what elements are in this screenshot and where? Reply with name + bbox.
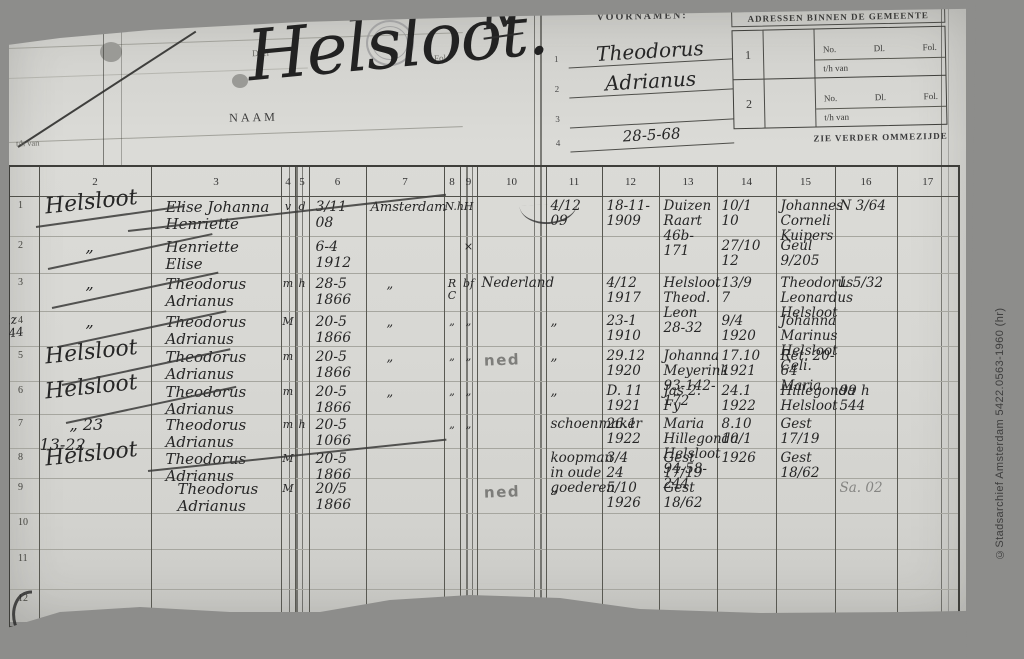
cell: 20-5 1066 — [309, 415, 366, 449]
cell: 28-5 1866 — [309, 274, 366, 312]
col-header: 12 — [602, 166, 659, 197]
cell — [477, 514, 546, 550]
cell: Duizen Raart 46b-171 — [659, 197, 717, 237]
cell — [295, 382, 309, 415]
table-row: 4 „ Theodorus Adrianus M 20-5 1866 „ „ „… — [9, 312, 959, 347]
cell: „ — [366, 382, 444, 415]
cell — [295, 347, 309, 382]
cell — [897, 449, 959, 479]
cell — [444, 514, 460, 550]
voornamen-line: 1 Theodorus — [554, 37, 732, 66]
table-row: 9 Theodorus Adrianus M 20/5 1866 ned „ 5… — [9, 479, 959, 514]
cell: 7 — [9, 415, 39, 449]
given-name: Theodorus — [567, 34, 732, 68]
col-header: 13 — [659, 166, 717, 197]
cell — [897, 197, 959, 237]
cell — [281, 237, 295, 274]
cell: schoenmaker — [546, 415, 602, 449]
given-name: Adrianus — [568, 64, 733, 98]
cell: h — [295, 274, 309, 312]
cell — [835, 550, 897, 590]
table-row: 8 Helsloot Theodorus Adrianus M 20-5 186… — [9, 449, 959, 479]
cell — [477, 415, 546, 449]
register-table: 2 3 4 5 6 7 8 9 10 11 12 13 14 15 16 17 — [8, 165, 960, 628]
cell: Nederland — [477, 274, 546, 312]
cell: 29.12 1920 — [602, 347, 659, 382]
scanner-shadow-left — [0, 0, 9, 659]
cell: 20-5 1866 — [309, 382, 366, 415]
scanned-register-card: Deel Fol. t/h van NAAM Helsloot. IV VOOR… — [0, 0, 1024, 659]
cell: N 3/64 — [835, 197, 897, 237]
row-number: 1 — [732, 31, 764, 80]
col-header: 8 — [444, 166, 460, 197]
cell: Hillegonda Helsloot — [776, 382, 835, 415]
cell: 23-1 1910 — [602, 312, 659, 347]
cell: „ — [546, 347, 602, 382]
cell — [477, 449, 546, 479]
cell — [835, 449, 897, 479]
cell — [897, 347, 959, 382]
cell: „ — [546, 312, 602, 347]
th-van-label: t/h van — [816, 106, 946, 127]
cell — [602, 550, 659, 590]
column-header-row: 2 3 4 5 6 7 8 9 10 11 12 13 14 15 16 17 — [9, 166, 959, 197]
cell — [776, 514, 835, 550]
col-header: 17 — [897, 166, 959, 197]
cell — [295, 312, 309, 347]
ned-stamp: ned — [483, 482, 520, 501]
cell: 3 — [9, 274, 39, 312]
col-header: 5 — [295, 166, 309, 197]
cell: 5 — [9, 347, 39, 382]
cell: M — [281, 312, 295, 347]
cell: „ — [546, 382, 602, 415]
col-header: 15 — [776, 166, 835, 197]
voornamen-line: 4 28-5-68 — [555, 121, 733, 150]
col-header: 14 — [717, 166, 776, 197]
adressen-box: ADRESSEN BINNEN DE GEMEENTE 1 No. Dl. Fo… — [731, 7, 948, 145]
cell — [295, 514, 309, 550]
cell — [897, 514, 959, 550]
cell: 5/10 1926 — [602, 479, 659, 514]
cell: ned — [477, 479, 546, 514]
cell: „ — [460, 347, 477, 382]
cell — [309, 514, 366, 550]
table-row: 11 — [9, 550, 959, 590]
cell: 20-5 1866 — [309, 347, 366, 382]
cell — [717, 514, 776, 550]
cell — [39, 550, 151, 590]
cell — [602, 237, 659, 274]
date-note: 28-5-68 — [569, 118, 734, 152]
naam-label: NAAM — [229, 110, 278, 126]
cell: R C — [444, 274, 460, 312]
ned-stamp: ned — [483, 350, 520, 369]
col-header: 10 — [477, 166, 546, 197]
cell: D. 11 1921 — [602, 382, 659, 415]
cell — [546, 237, 602, 274]
dl-label: Dl. — [874, 43, 885, 53]
cell: 9/4 1920 — [717, 312, 776, 347]
cell: Theodorus Adrianus — [151, 415, 281, 449]
cell: Gest 17/19 — [776, 415, 835, 449]
line-number: 1 — [554, 54, 568, 66]
cell: ned — [477, 347, 546, 382]
cell: 17.10 1921 — [717, 347, 776, 382]
cell — [897, 479, 959, 514]
cell: 8 — [9, 449, 39, 479]
cell — [546, 514, 602, 550]
cell: „ — [366, 347, 444, 382]
cell: Helsloot Theod. Leon 28-32 — [659, 274, 717, 312]
cell: Gest 18/62 — [659, 479, 717, 514]
cell — [477, 550, 546, 590]
cell: Gest 18/62 — [776, 449, 835, 479]
cell — [897, 415, 959, 449]
cell: 24.1 1922 — [717, 382, 776, 415]
cell: „ — [444, 382, 460, 415]
ditto-mark: „ — [40, 274, 94, 293]
cell: Theodorus Leonardus Helsloot — [776, 274, 835, 312]
cell: Maria Hillegonda Helsloot 94-58-244 — [659, 415, 717, 449]
cell: 8.10 10/1 — [717, 415, 776, 449]
cell — [39, 479, 151, 514]
col-header — [9, 166, 39, 197]
cell — [309, 550, 366, 590]
cell — [444, 449, 460, 479]
cell — [546, 550, 602, 590]
archive-watermark: ©Stadsarchief Amsterdam 5422.0563-1960 (… — [994, 140, 1006, 560]
cell: „ — [460, 312, 477, 347]
cell: Sa. 02 — [835, 479, 897, 514]
cell: 10/1 10 — [717, 197, 776, 237]
cell: M — [281, 449, 295, 479]
cell — [366, 479, 444, 514]
cell — [460, 550, 477, 590]
cell — [835, 312, 897, 347]
line-number: 4 — [556, 138, 570, 150]
cell: „ — [444, 415, 460, 449]
cell: m — [281, 347, 295, 382]
cell — [835, 514, 897, 550]
th-van-label: t/h van — [815, 57, 945, 78]
cell: Johanna Meyerink 93-142-172 — [659, 347, 717, 382]
cell: Johannes Corneli Kuipers — [776, 197, 835, 237]
cell — [897, 382, 959, 415]
handwriting — [40, 479, 86, 498]
cell: 2 — [9, 237, 39, 274]
cell: 20-5 1866 — [309, 312, 366, 347]
cell — [366, 550, 444, 590]
cell: h — [295, 415, 309, 449]
col-header: 6 — [309, 166, 366, 197]
cell — [460, 449, 477, 479]
cell — [477, 312, 546, 347]
cell: bf — [460, 274, 477, 312]
cell — [39, 514, 151, 550]
cell: Johanna Marinus Helsloot Celi. — [776, 312, 835, 347]
empty-cell — [763, 30, 815, 79]
cell: 27/10 12 — [717, 237, 776, 274]
cell — [659, 514, 717, 550]
cell: „ — [460, 382, 477, 415]
empty-cell — [765, 78, 817, 127]
cell: Theodorus Adrianus — [151, 274, 281, 312]
col-header: 7 — [366, 166, 444, 197]
cell: 9 — [9, 479, 39, 514]
cell: „ — [460, 415, 477, 449]
address-fields: No. Dl. Fol. t/h van — [814, 27, 945, 78]
address-fields: No. Dl. Fol. t/h van — [816, 76, 947, 127]
cell — [460, 479, 477, 514]
cell: 11 — [9, 550, 39, 590]
dl-label: Dl. — [875, 92, 886, 102]
table-row: 7 „ 23 13-22 Theodorus Adrianus m h 20-5… — [9, 415, 959, 449]
cell: 1926 — [717, 449, 776, 479]
cell — [835, 347, 897, 382]
line-number: 2 — [555, 84, 569, 96]
cell: N.h — [444, 197, 460, 237]
cell — [897, 312, 959, 347]
cell — [295, 550, 309, 590]
cell — [444, 550, 460, 590]
cell — [281, 514, 295, 550]
cell — [366, 449, 444, 479]
cell — [444, 237, 460, 274]
cell: m — [281, 274, 295, 312]
cell: 3/11 08 — [309, 197, 366, 237]
col-header: 4 — [281, 166, 295, 197]
cell — [897, 274, 959, 312]
cell: M — [281, 479, 295, 514]
cell: Helsloot — [39, 449, 151, 479]
table-row: 10 — [9, 514, 959, 550]
cell: 99 h 544 — [835, 382, 897, 415]
cell: 10 — [9, 514, 39, 550]
cell: 6 — [9, 382, 39, 415]
col-header: 9 — [460, 166, 477, 197]
table-row: 3 „ Theodorus Adrianus m h 28-5 1866 „ R… — [9, 274, 959, 312]
cell: „ — [444, 347, 460, 382]
cell — [366, 514, 444, 550]
cell — [295, 479, 309, 514]
cell: 3/4 24 — [602, 449, 659, 479]
fol-label: Fol. — [922, 42, 936, 52]
cell: 4/12 1917 — [602, 274, 659, 312]
ditto-mark: „ — [40, 237, 94, 256]
cell — [897, 237, 959, 274]
cell — [460, 514, 477, 550]
table-row: 1 Helsloot Elise Johanna Henriette v d 3… — [9, 197, 959, 237]
fol-label: Fol. — [924, 91, 938, 101]
cell — [897, 550, 959, 590]
cell — [281, 550, 295, 590]
cell: 20/5 1866 — [309, 479, 366, 514]
cell: „ — [366, 274, 444, 312]
zie-verder-label: ZIE VERDER OMMEZIJDE — [734, 131, 948, 145]
cell: m — [281, 415, 295, 449]
adressen-row: 1 No. Dl. Fol. t/h van — [732, 27, 945, 79]
cell: koopman in oude goederen — [546, 449, 602, 479]
cell: 1 — [9, 197, 39, 237]
cell — [366, 237, 444, 274]
cell: 13/9 7 — [717, 274, 776, 312]
adressen-row: 2 No. Dl. Fol. t/h van — [734, 75, 947, 128]
voornamen-line: 2 Adrianus — [554, 67, 732, 96]
cell — [602, 514, 659, 550]
ditto-mark: „ — [40, 312, 94, 331]
cell — [151, 514, 281, 550]
col-header: 11 — [546, 166, 602, 197]
cell — [717, 479, 776, 514]
adressen-table: 1 No. Dl. Fol. t/h van 2 — [731, 26, 947, 129]
no-label: No. — [824, 93, 837, 103]
col-header: 3 — [151, 166, 281, 197]
cell — [546, 274, 602, 312]
cell: Helsloot — [39, 382, 151, 415]
cell: m — [281, 382, 295, 415]
cell: d — [295, 197, 309, 237]
cell — [835, 415, 897, 449]
cell: „ — [444, 312, 460, 347]
cell — [835, 237, 897, 274]
cell — [477, 237, 546, 274]
cell: 6-4 1912 — [309, 237, 366, 274]
cell — [151, 550, 281, 590]
table-row: 6 Helsloot Theodorus Adrianus m 20-5 186… — [9, 382, 959, 415]
cell: „ — [366, 312, 444, 347]
cell: Theodorus Adrianus — [151, 382, 281, 415]
cell — [776, 479, 835, 514]
cell: 18-11- 1909 — [602, 197, 659, 237]
cell: 26.1 1922 — [602, 415, 659, 449]
row-number: 2 — [734, 80, 766, 129]
cell: Theodorus Adrianus — [151, 312, 281, 347]
cell — [717, 550, 776, 590]
cell — [776, 550, 835, 590]
cell: v — [281, 197, 295, 237]
cell — [477, 382, 546, 415]
cell: × — [460, 237, 477, 274]
col-header: 16 — [835, 166, 897, 197]
no-label: No. — [823, 44, 836, 54]
cell — [444, 479, 460, 514]
cell — [295, 237, 309, 274]
cell — [659, 550, 717, 590]
